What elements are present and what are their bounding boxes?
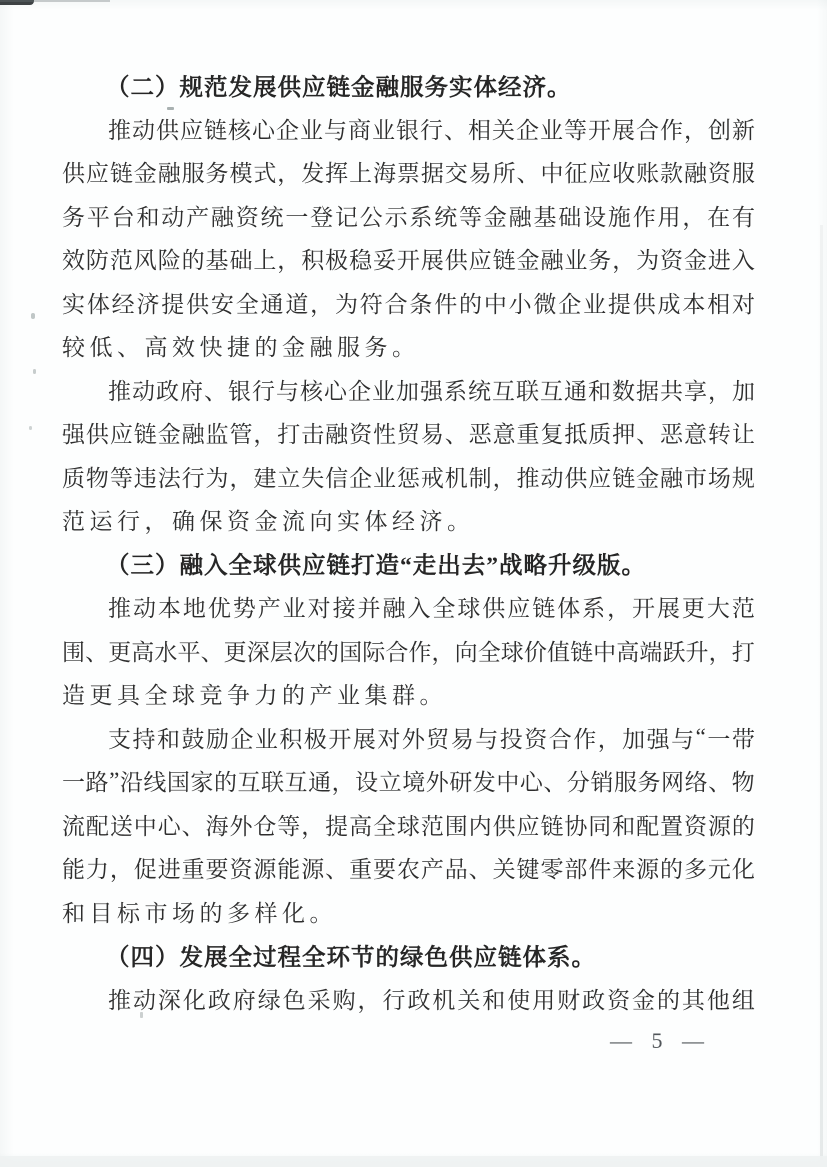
body-line: 推动本地优势产业对接并融入全球供应链体系，开展更大范 (62, 585, 755, 629)
body-line: 质物等违法行为，建立失信企业惩戒机制，推动供应链金融市场规 (62, 455, 755, 499)
body-line: 一路”沿线国家的互联互通，设立境外研发中心、分销服务网络、物 (62, 759, 755, 803)
body-line: 流配送中心、海外仓等，提高全球范围内供应链协同和配置资源的 (62, 803, 755, 847)
section-heading-3: （三）融入全球供应链打造“走出去”战略升级版。 (62, 542, 755, 586)
body-line: 推动政府、银行与核心企业加强系统互联互通和数据共享，加 (62, 368, 755, 412)
section-heading-2: （二）规范发展供应链金融服务实体经济。 (62, 63, 755, 107)
body-line: 供应链金融服务模式，发挥上海票据交易所、中征应收账款融资服 (62, 150, 755, 194)
body-line: 推动深化政府绿色采购，行政机关和使用财政资金的其他组 (62, 977, 755, 1021)
section-heading-4: （四）发展全过程全环节的绿色供应链体系。 (62, 933, 755, 977)
body-line: 实体经济提供安全通道，为符合条件的中小微企业提供成本相对 (62, 281, 755, 325)
page-number: — 5 — (610, 1024, 770, 1058)
body-line: 务平台和动产融资统一登记公示系统等金融基础设施作用，在有 (62, 194, 755, 238)
body-line: 支持和鼓励企业积极开展对外贸易与投资合作，加强与“一带 (62, 716, 755, 760)
body-line: 和目标市场的多样化。 (62, 890, 755, 934)
body-line: 较低、高效快捷的金融服务。 (62, 324, 755, 368)
body-line: 推动供应链核心企业与商业银行、相关企业等开展合作，创新 (62, 107, 755, 151)
body-line: 造更具全球竞争力的产业集群。 (62, 672, 755, 716)
body-line: 围、更高水平、更深层次的国际合作，向全球价值链中高端跃升，打 (62, 629, 755, 673)
document-text-block: （二）规范发展供应链金融服务实体经济。 推动供应链核心企业与商业银行、相关企业等… (62, 63, 755, 1020)
body-line: 强供应链金融监管，打击融资性贸易、恶意重复抵质押、恶意转让 (62, 411, 755, 455)
body-line: 效防范风险的基础上，积极稳妥开展供应链金融业务，为资金进入 (62, 237, 755, 281)
body-line: 范运行，确保资金流向实体经济。 (62, 498, 755, 542)
body-line: 能力，促进重要资源能源、重要农产品、关键零部件来源的多元化 (62, 846, 755, 890)
